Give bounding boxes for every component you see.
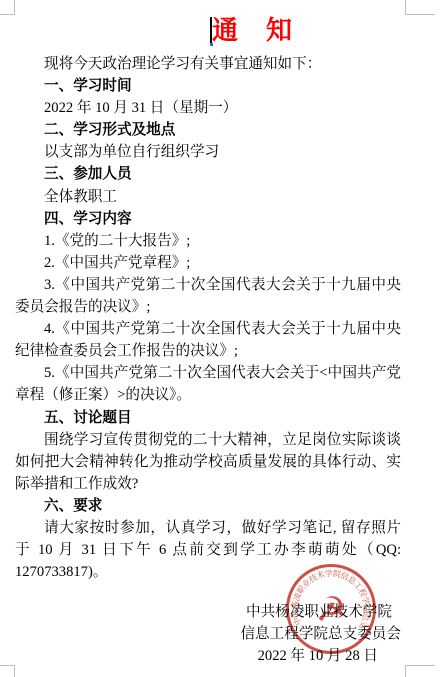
margin-crop-mark-top-left [0,0,15,15]
text-cursor [210,17,212,44]
notice-document-page[interactable]: 通 知 现将今天政治理论学习有关事宜通知如下： 一、学习时间 2022 年 10… [0,0,441,677]
page-title: 通 知 [212,13,293,49]
signature-date: 2022 年 10 月 28 日 [15,645,401,667]
margin-crop-mark-bottom-right [405,665,435,677]
study-item-4[interactable]: 4.《中国共产党第二十次全国代表大会关于十九届中央纪律检查委员会工作报告的决议》… [15,318,401,362]
study-item-3[interactable]: 3.《中国共产党第二十次全国代表大会关于十九届中央委员会报告的决议》; [15,274,401,318]
signature-org-line-2: 信息工程学院总支委员会 [15,623,401,645]
section-heading-5[interactable]: 五、讨论题目 [15,407,401,429]
study-form-line[interactable]: 以支部为单位自行组织学习 [15,141,401,163]
margin-crop-mark-bottom-left [0,665,15,677]
study-item-5[interactable]: 5.《中国共产党第二十次全国代表大会关于<中国共产党章程（修正案）>的决议》。 [15,362,401,406]
intro-paragraph[interactable]: 现将今天政治理论学习有关事宜通知如下： [15,53,401,75]
ime-indicator-dot [210,43,213,46]
signature-org-line-1: 中共杨凌职业技术学院 [15,601,401,623]
section-heading-1[interactable]: 一、学习时间 [15,75,401,97]
section-heading-3[interactable]: 三、参加人员 [15,163,401,185]
study-item-2[interactable]: 2.《中国共产党章程》; [15,252,401,274]
discussion-topic-paragraph[interactable]: 围绕学习宣传贯彻党的二十大精神，立足岗位实际谈谈如何把大会精神转化为推动学校高质… [15,429,401,495]
section-heading-6[interactable]: 六、要求 [15,495,401,517]
participants-line[interactable]: 全体教职工 [15,186,401,208]
study-item-1[interactable]: 1.《党的二十大报告》; [15,230,401,252]
study-time-line[interactable]: 2022 年 10 月 31 日（星期一） [15,97,401,119]
section-heading-2[interactable]: 二、学习形式及地点 [15,119,401,141]
section-heading-4[interactable]: 四、学习内容 [15,208,401,230]
notice-body[interactable]: 现将今天政治理论学习有关事宜通知如下： 一、学习时间 2022 年 10 月 3… [15,53,401,668]
title-row: 通 知 [31,13,441,53]
requirements-paragraph[interactable]: 请大家按时参加，认真学习，做好学习笔记, 留存照片于 10 月 31 日下午 6… [15,517,401,583]
signature-block: 中共杨凌职业技术学院 信息工程学院总支委员会 2022 年 10 月 28 日 [15,601,401,667]
